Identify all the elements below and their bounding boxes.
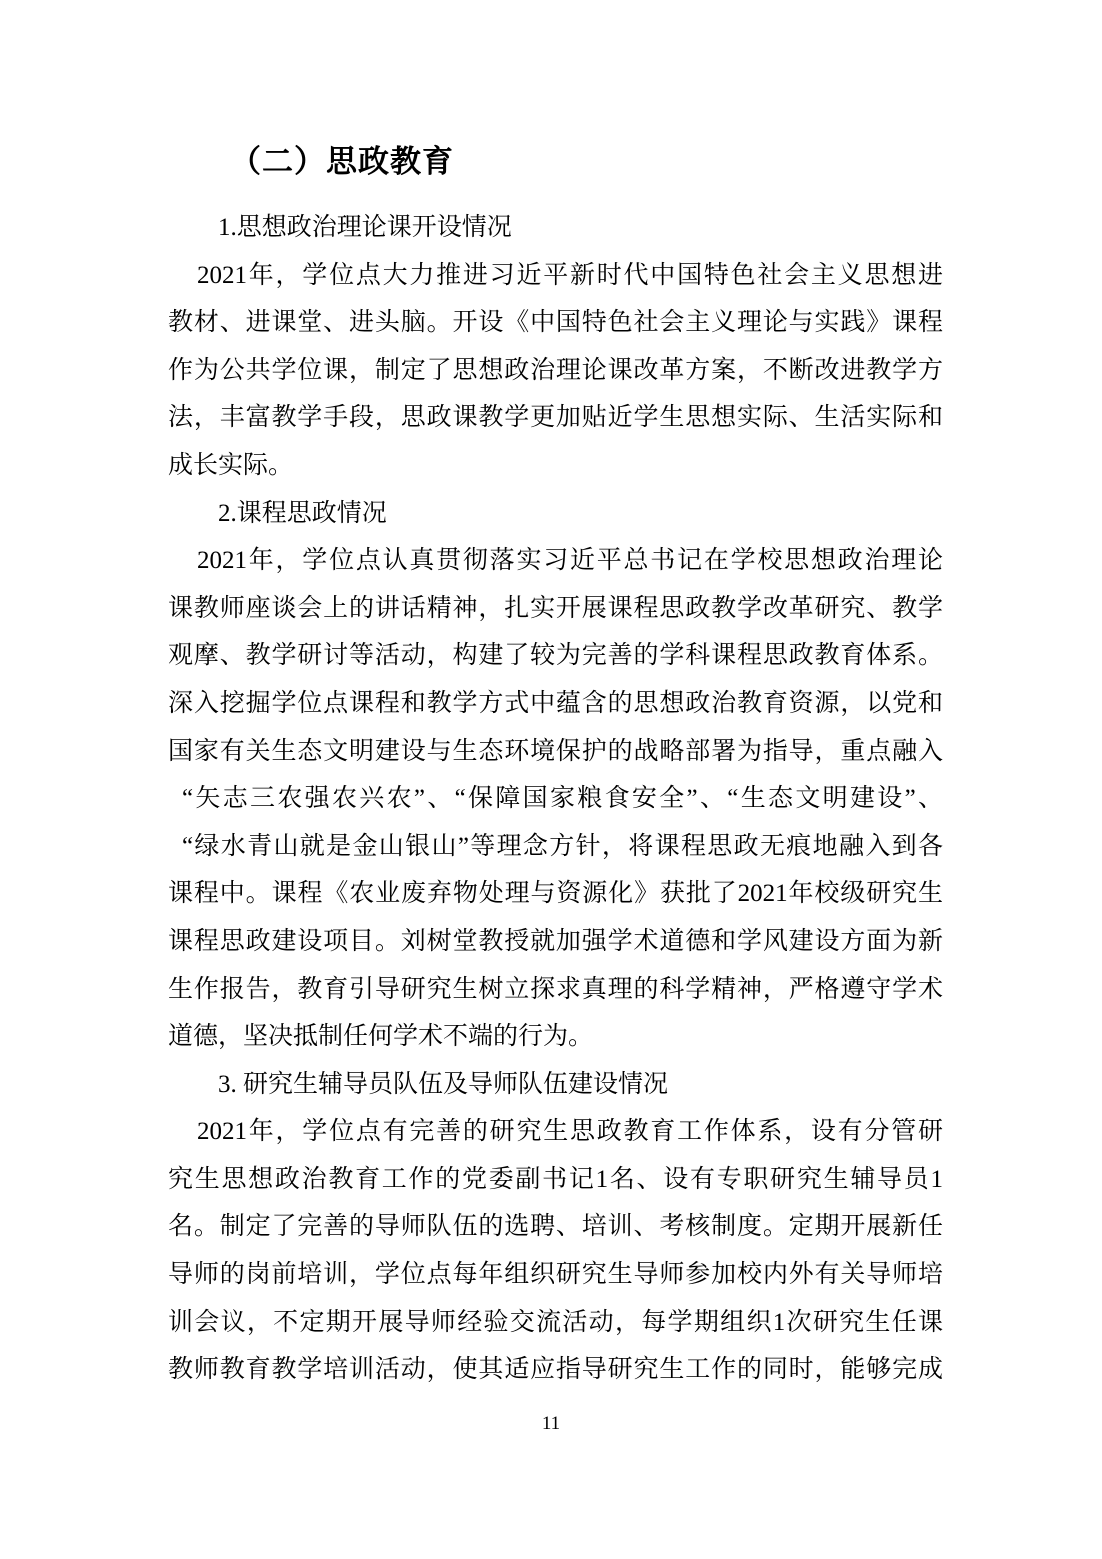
text-line: 训会议，不定期开展导师经验交流活动，每学期组织1次研究生任课 — [168, 1299, 943, 1347]
text-line-subheading-3: 3. 研究生辅导员队伍及导师队伍建设情况 — [168, 1061, 943, 1109]
section-heading: （二）思政教育 — [168, 138, 943, 186]
text-line-subheading-1: 1.思想政治理论课开设情况 — [168, 204, 943, 252]
text-line: “矢志三农强农兴农”、“保障国家粮食安全”、“生态文明建设”、 — [168, 775, 943, 823]
text-line: 课程思政建设项目。刘树堂教授就加强学术道德和学风建设方面为新 — [168, 918, 943, 966]
text-line: 生作报告，教育引导研究生树立探求真理的科学精神，严格遵守学术 — [168, 966, 943, 1014]
text-line-subheading-2: 2.课程思政情况 — [168, 490, 943, 538]
text-line: 深入挖掘学位点课程和教学方式中蕴含的思想政治教育资源，以党和 — [168, 680, 943, 728]
text-line: 成长实际。 — [168, 442, 943, 490]
text-line: 课程中。课程《农业废弃物处理与资源化》获批了2021年校级研究生 — [168, 870, 943, 918]
text-line: 2021年，学位点有完善的研究生思政教育工作体系，设有分管研 — [168, 1108, 943, 1156]
text-line: 国家有关生态文明建设与生态环境保护的战略部署为指导，重点融入 — [168, 728, 943, 776]
text-line: 2021年，学位点认真贯彻落实习近平总书记在学校思想政治理论 — [168, 537, 943, 585]
text-line: 导师的岗前培训，学位点每年组织研究生导师参加校内外有关导师培 — [168, 1251, 943, 1299]
page-content: （二）思政教育 1.思想政治理论课开设情况 2021年，学位点大力推进习近平新时… — [168, 138, 943, 1394]
text-line: 2021年，学位点大力推进习近平新时代中国特色社会主义思想进 — [168, 252, 943, 300]
text-line: 观摩、教学研讨等活动，构建了较为完善的学科课程思政教育体系。 — [168, 632, 943, 680]
text-line: 究生思想政治教育工作的党委副书记1名、设有专职研究生辅导员1 — [168, 1156, 943, 1204]
text-line: 名。制定了完善的导师队伍的选聘、培训、考核制度。定期开展新任 — [168, 1203, 943, 1251]
text-line: 道德，坚决抵制任何学术不端的行为。 — [168, 1013, 943, 1061]
page-number: 11 — [0, 1410, 1102, 1438]
text-line: 法，丰富教学手段，思政课教学更加贴近学生思想实际、生活实际和 — [168, 394, 943, 442]
text-line: 教师教育教学培训活动，使其适应指导研究生工作的同时，能够完成 — [168, 1346, 943, 1394]
text-line: “绿水青山就是金山银山”等理念方针，将课程思政无痕地融入到各 — [168, 823, 943, 871]
document-page: （二）思政教育 1.思想政治理论课开设情况 2021年，学位点大力推进习近平新时… — [0, 0, 1102, 1559]
text-line: 课教师座谈会上的讲话精神，扎实开展课程思政教学改革研究、教学 — [168, 585, 943, 633]
text-line: 教材、进课堂、进头脑。开设《中国特色社会主义理论与实践》课程 — [168, 299, 943, 347]
text-line: 作为公共学位课，制定了思想政治理论课改革方案，不断改进教学方 — [168, 347, 943, 395]
